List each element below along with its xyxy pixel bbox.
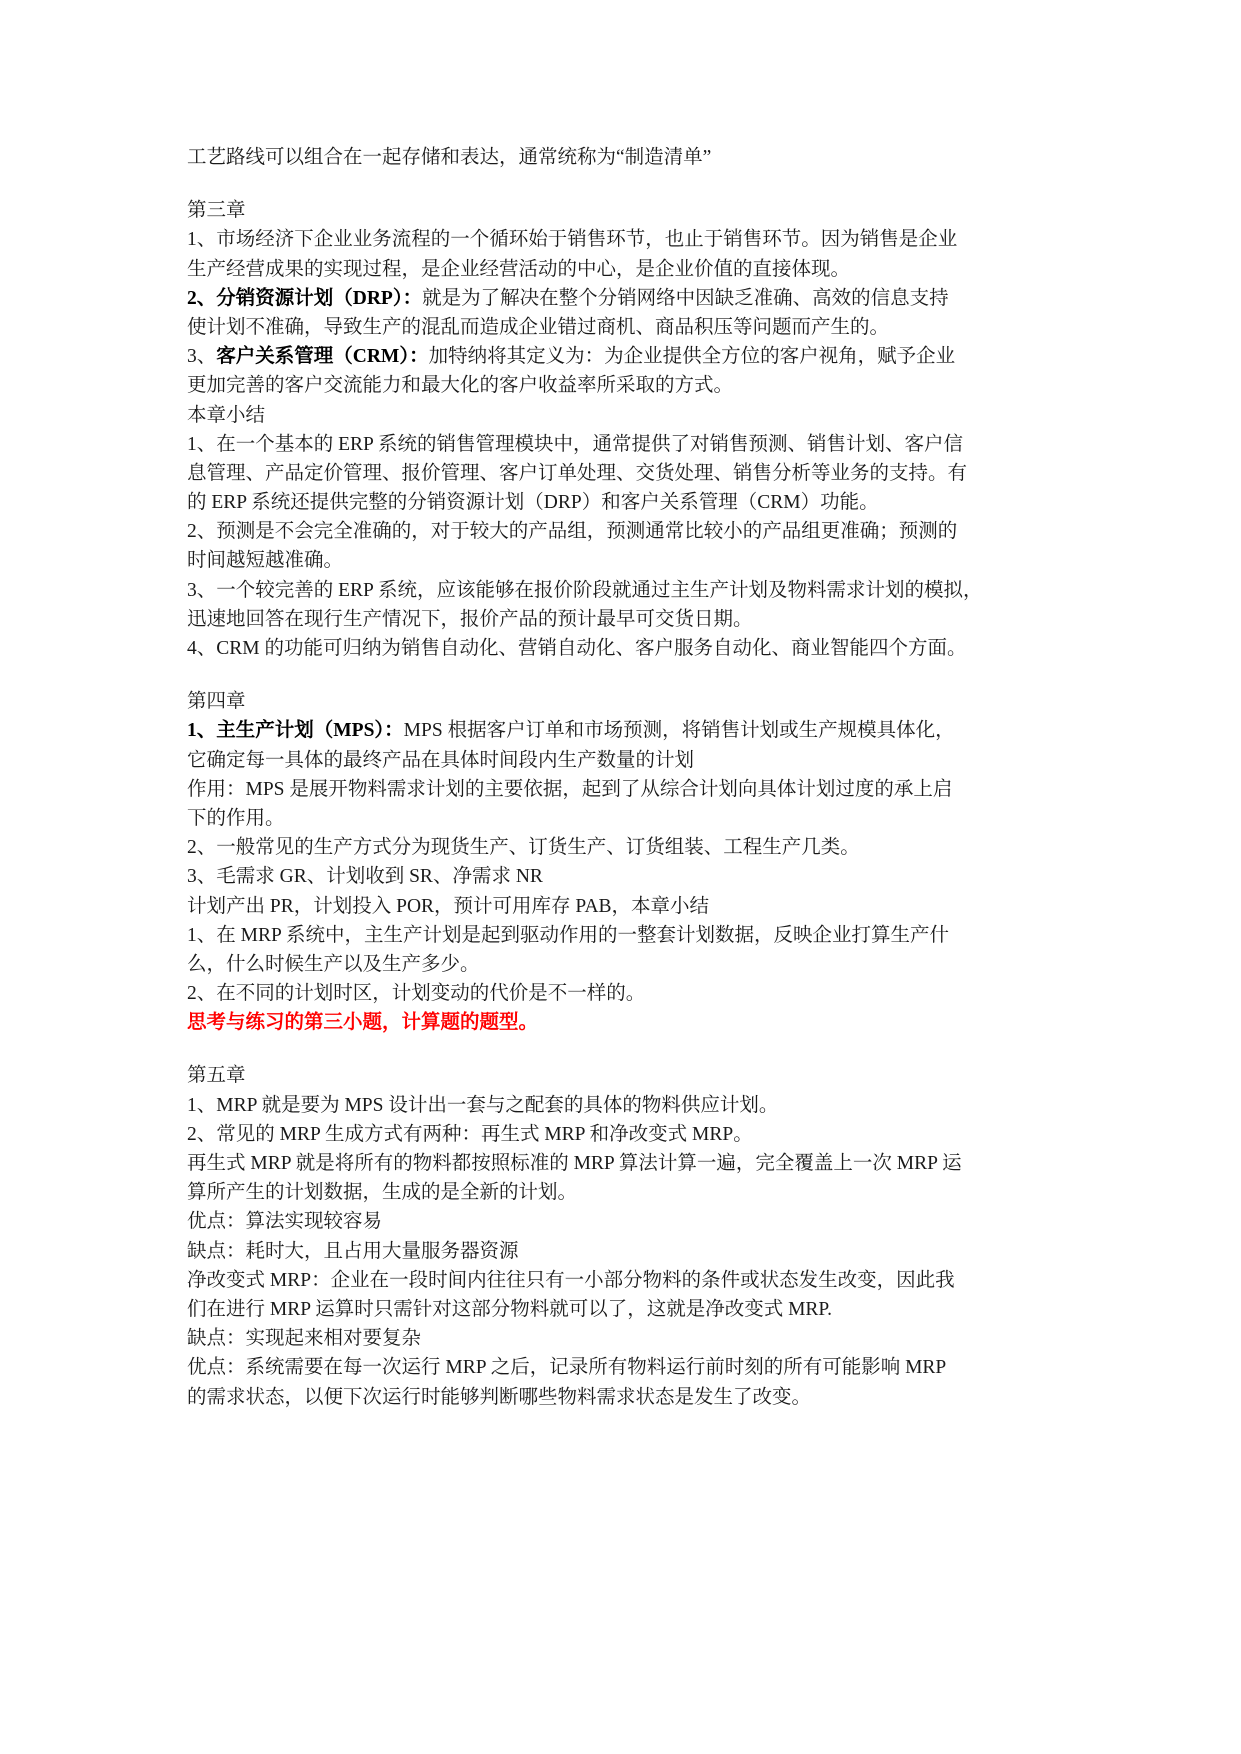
- summary-line: 4、CRM 的功能可归纳为销售自动化、营销自动化、客户服务自动化、商业智能四个方…: [187, 634, 1067, 663]
- intro-line: 工艺路线可以组合在一起存储和表达，通常统称为“制造清单”: [187, 143, 1067, 172]
- paragraph-line: 优点：算法实现较容易: [187, 1207, 1067, 1236]
- summary-line: 迅速地回答在现行生产情况下，报价产品的预计最早可交货日期。: [187, 605, 1067, 634]
- summary-line: 1、在一个基本的 ERP 系统的销售管理模块中，通常提供了对销售预测、销售计划、…: [187, 430, 1067, 459]
- paragraph-line: 2、在不同的计划时区，计划变动的代价是不一样的。: [187, 979, 1067, 1008]
- paragraph-line: 1、市场经济下企业业务流程的一个循环始于销售环节，也止于销售环节。因为销售是企业: [187, 225, 1067, 254]
- term-crm: 客户关系管理（CRM）：: [216, 346, 428, 367]
- paragraph-line: 1、MRP 就是要为 MPS 设计出一套与之配套的具体的物料供应计划。: [187, 1091, 1067, 1120]
- paragraph-line: 3、客户关系管理（CRM）：加特纳将其定义为：为企业提供全方位的客户视角，赋予企…: [187, 342, 1067, 371]
- chapter-title: 第五章: [187, 1061, 1067, 1090]
- paragraph-line: 作用：MPS 是展开物料需求计划的主要依据，起到了从综合计划向具体计划过度的承上…: [187, 775, 1067, 804]
- paragraph-line: 缺点：耗时大，且占用大量服务器资源: [187, 1237, 1067, 1266]
- highlight-note: 思考与练习的第三小题，计算题的题型。: [187, 1008, 1067, 1037]
- paragraph-line: 缺点：实现起来相对要复杂: [187, 1324, 1067, 1353]
- paragraph-line: 3、毛需求 GR、计划收到 SR、净需求 NR: [187, 862, 1067, 891]
- paragraph-line: 计划产出 PR，计划投入 POR，预计可用库存 PAB，本章小结: [187, 892, 1067, 921]
- paragraph-line: 2、常见的 MRP 生成方式有两种：再生式 MRP 和净改变式 MRP。: [187, 1120, 1067, 1149]
- paragraph-line: 算所产生的计划数据，生成的是全新的计划。: [187, 1178, 1067, 1207]
- term-mps: 1、主生产计划（MPS）：: [187, 720, 404, 741]
- summary-line: 息管理、产品定价管理、报价管理、客户订单处理、交货处理、销售分析等业务的支持。有: [187, 459, 1067, 488]
- paragraph-line: 更加完善的客户交流能力和最大化的客户收益率所采取的方式。: [187, 371, 1067, 400]
- paragraph-line: 生产经营成果的实现过程，是企业经营活动的中心，是企业价值的直接体现。: [187, 255, 1067, 284]
- chapter-title: 第三章: [187, 196, 1067, 225]
- paragraph-line: 净改变式 MRP：企业在一段时间内往往只有一小部分物料的条件或状态发生改变，因此…: [187, 1266, 1067, 1295]
- summary-line: 时间越短越准确。: [187, 546, 1067, 575]
- chapter-title: 第四章: [187, 687, 1067, 716]
- paragraph-line: 2、一般常见的生产方式分为现货生产、订货生产、订货组装、工程生产几类。: [187, 833, 1067, 862]
- paragraph-line: 它确定每一具体的最终产品在具体时间段内生产数量的计划: [187, 746, 1067, 775]
- paragraph-line: 们在进行 MRP 运算时只需针对这部分物料就可以了，这就是净改变式 MRP.: [187, 1295, 1067, 1324]
- paragraph-line: 下的作用。: [187, 804, 1067, 833]
- paragraph-line: 1、主生产计划（MPS）：MPS 根据客户订单和市场预测，将销售计划或生产规模具…: [187, 716, 1067, 745]
- summary-title: 本章小结: [187, 401, 1067, 430]
- document-page: 工艺路线可以组合在一起存储和表达，通常统称为“制造清单” 第三章 1、市场经济下…: [187, 143, 1067, 1412]
- term-drp: 2、分销资源计划（DRP）：: [187, 288, 422, 309]
- paragraph-line: 2、分销资源计划（DRP）：就是为了解决在整个分销网络中因缺乏准确、高效的信息支…: [187, 284, 1067, 313]
- chapter-3: 第三章 1、市场经济下企业业务流程的一个循环始于销售环节，也止于销售环节。因为销…: [187, 196, 1067, 663]
- paragraph-line: 么，什么时候生产以及生产多少。: [187, 950, 1067, 979]
- chapter-4: 第四章 1、主生产计划（MPS）：MPS 根据客户订单和市场预测，将销售计划或生…: [187, 687, 1067, 1037]
- paragraph-line: 优点：系统需要在每一次运行 MRP 之后，记录所有物料运行前时刻的所有可能影响 …: [187, 1353, 1067, 1382]
- summary-line: 2、预测是不会完全准确的，对于较大的产品组，预测通常比较小的产品组更准确；预测的: [187, 517, 1067, 546]
- paragraph-line: 再生式 MRP 就是将所有的物料都按照标准的 MRP 算法计算一遍，完全覆盖上一…: [187, 1149, 1067, 1178]
- summary-line: 3、一个较完善的 ERP 系统，应该能够在报价阶段就通过主生产计划及物料需求计划…: [187, 576, 1067, 605]
- paragraph-line: 的需求状态，以便下次运行时能够判断哪些物料需求状态是发生了改变。: [187, 1383, 1067, 1412]
- paragraph-line: 使计划不准确，导致生产的混乱而造成企业错过商机、商品积压等问题而产生的。: [187, 313, 1067, 342]
- chapter-5: 第五章 1、MRP 就是要为 MPS 设计出一套与之配套的具体的物料供应计划。 …: [187, 1061, 1067, 1411]
- summary-line: 的 ERP 系统还提供完整的分销资源计划（DRP）和客户关系管理（CRM）功能。: [187, 488, 1067, 517]
- paragraph-line: 1、在 MRP 系统中，主生产计划是起到驱动作用的一整套计划数据，反映企业打算生…: [187, 921, 1067, 950]
